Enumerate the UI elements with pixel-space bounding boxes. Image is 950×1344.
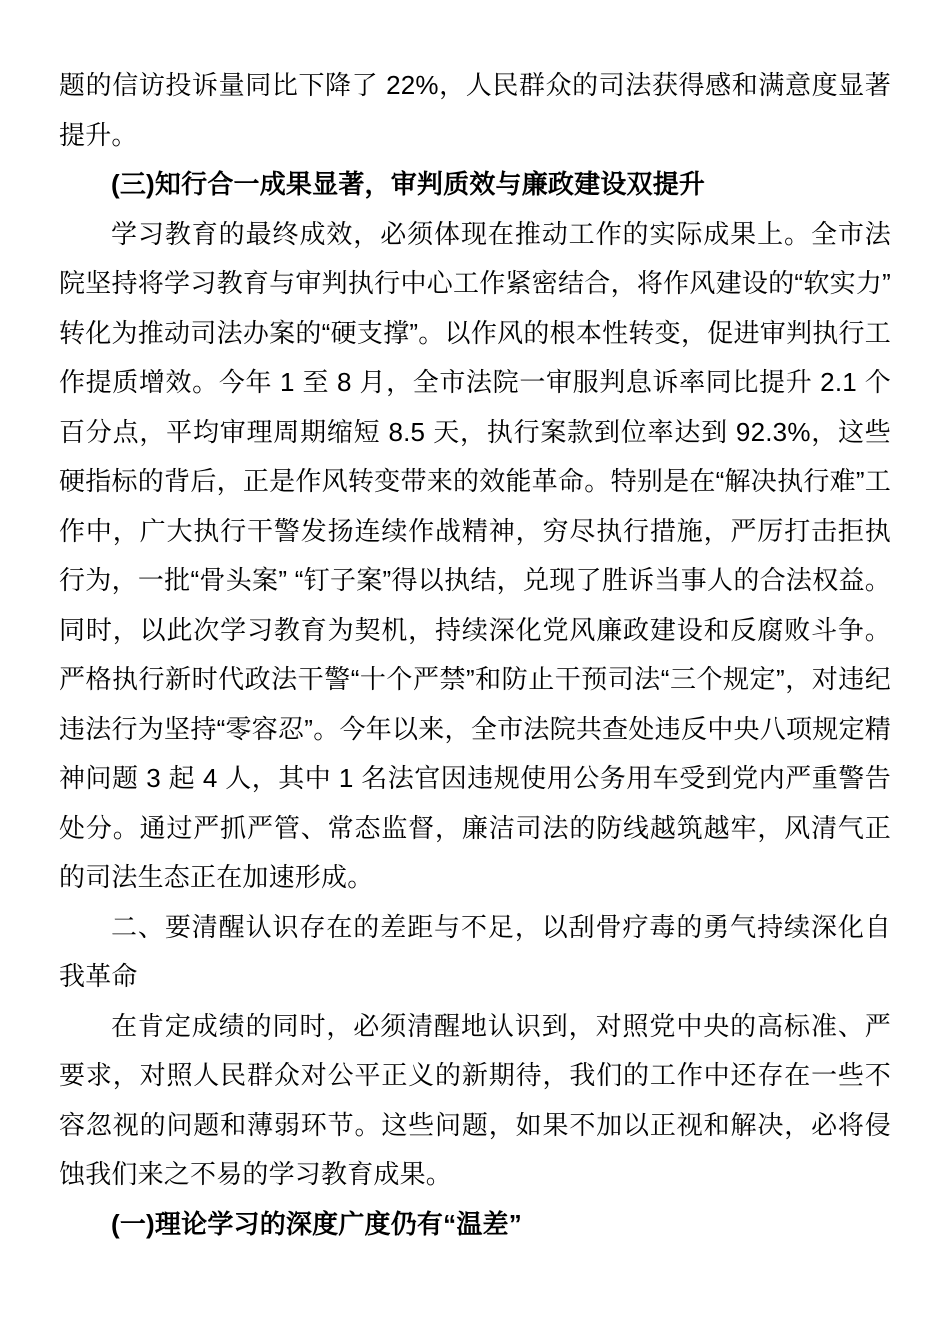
chapter-heading-two: 二、要清醒认识存在的差距与不足，以刮骨疗毒的勇气持续深化自我革命 — [59, 903, 891, 1002]
section-heading-three: (三)知行合一成果显著，审判质效与廉政建设双提升 — [59, 160, 891, 210]
section-heading-one: (一)理论学习的深度广度仍有“温差” — [59, 1200, 891, 1250]
body-paragraph-problems: 在肯定成绩的同时，必须清醒地认识到，对照党中央的高标准、严要求，对照人民群众对公… — [59, 1002, 891, 1200]
body-paragraph-results: 学习教育的最终成效，必须体现在推动工作的实际成果上。全市法院坚持将学习教育与审判… — [59, 210, 891, 903]
paragraph-continuation: 题的信访投诉量同比下降了 22%，人民群众的司法获得感和满意度显著提升。 — [59, 61, 891, 160]
document-page: 题的信访投诉量同比下降了 22%，人民群众的司法获得感和满意度显著提升。 (三)… — [0, 0, 950, 1344]
